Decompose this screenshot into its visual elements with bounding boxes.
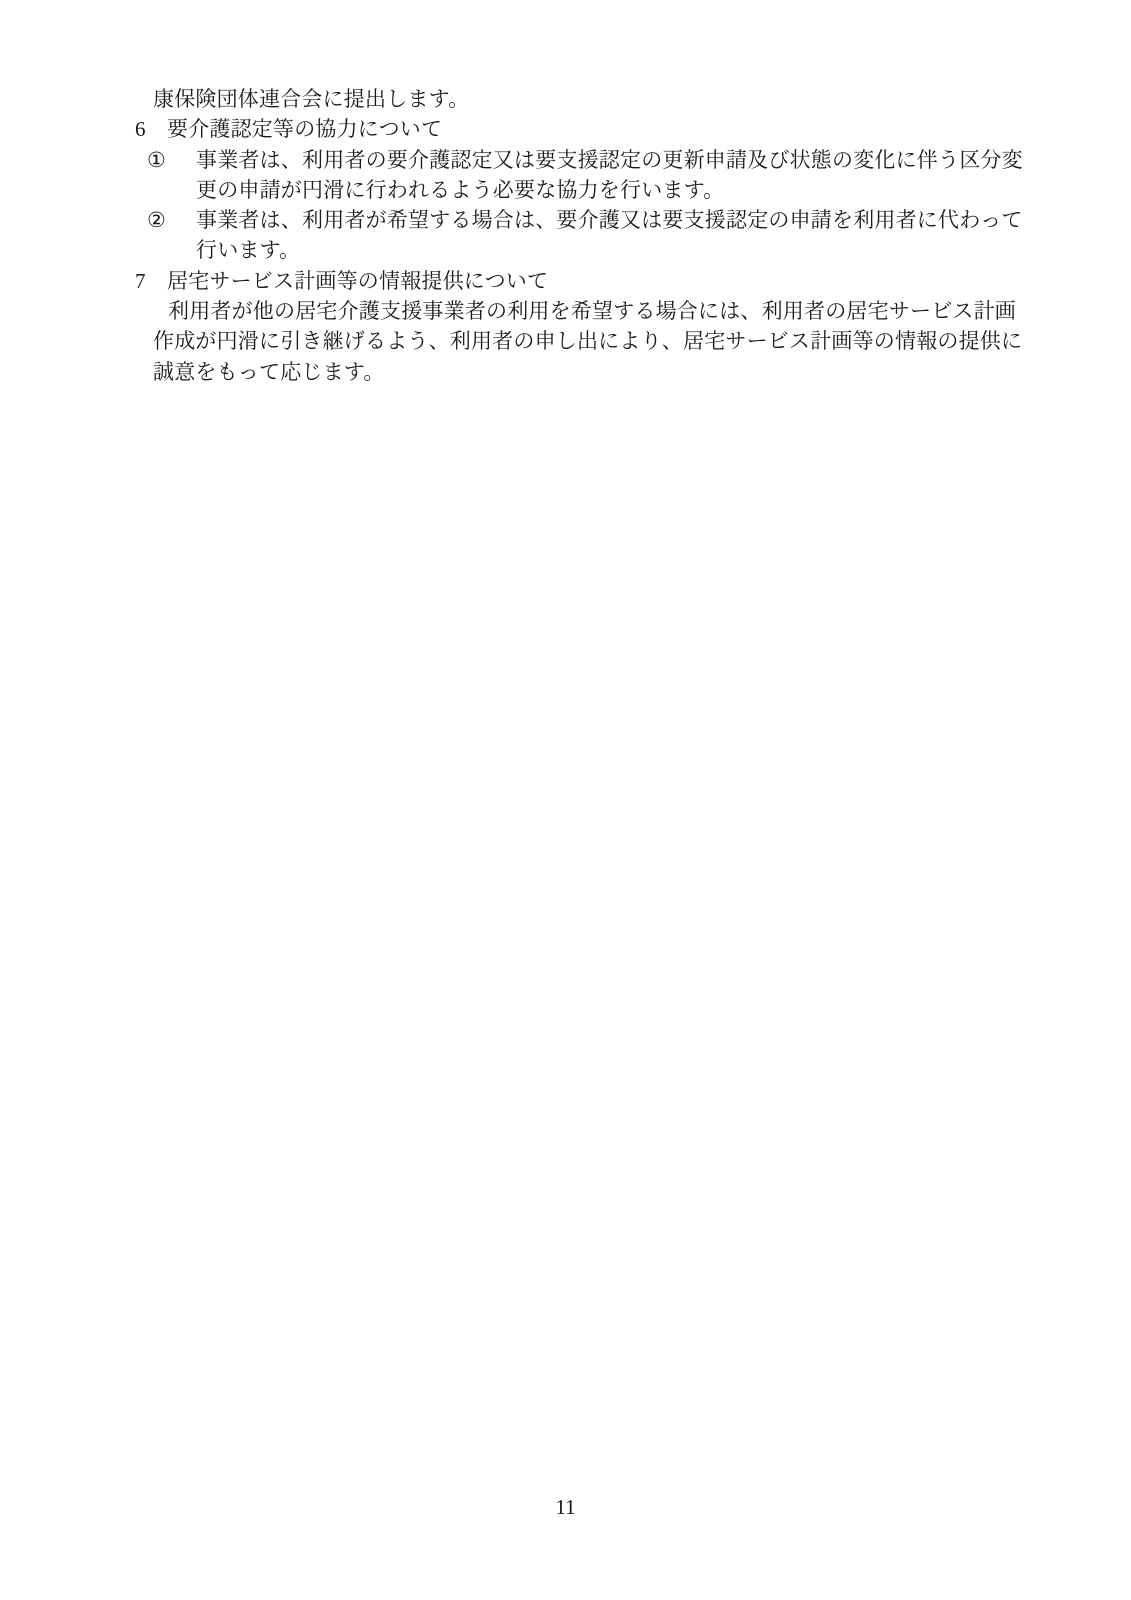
section-6-item-2-line-2: 行います。 xyxy=(196,235,1035,265)
circled-2-marker: ② xyxy=(147,205,166,235)
section-6-item-2-line-1: 事業者は、利用者が希望する場合は、要介護又は要支援認定の申請を利用者に代わって xyxy=(196,205,1035,235)
circled-1-marker: ① xyxy=(147,145,166,175)
section-6-item-2: ② 事業者は、利用者が希望する場合は、要介護又は要支援認定の申請を利用者に代わっ… xyxy=(135,205,1035,266)
section-7-paragraph-line-3: 誠意をもって応じます。 xyxy=(153,357,1035,387)
section-7-number: 7 xyxy=(135,266,167,296)
section-6-item-1: ① 事業者は、利用者の要介護認定又は要支援認定の更新申請及び状態の変化に伴う区分… xyxy=(135,145,1035,206)
page-number: 11 xyxy=(0,1492,1131,1522)
section-6-number: 6 xyxy=(135,114,167,144)
section-7-heading: 7居宅サービス計画等の情報提供について xyxy=(135,266,1035,296)
section-6-heading: 6要介護認定等の協力について xyxy=(135,114,1035,144)
section-6-item-1-line-1: 事業者は、利用者の要介護認定又は要支援認定の更新申請及び状態の変化に伴う区分変 xyxy=(196,145,1035,175)
section-7-title: 居宅サービス計画等の情報提供について xyxy=(167,269,548,293)
section-6: 6要介護認定等の協力について ① 事業者は、利用者の要介護認定又は要支援認定の更… xyxy=(135,114,1035,265)
section-7: 7居宅サービス計画等の情報提供について 利用者が他の居宅介護支援事業者の利用を希… xyxy=(135,266,1035,387)
page-content: 康保険団体連合会に提出します。 6要介護認定等の協力について ① 事業者は、利用… xyxy=(135,84,1035,387)
section-7-paragraph-line-1: 利用者が他の居宅介護支援事業者の利用を希望する場合には、利用者の居宅サービス計画 xyxy=(168,296,1035,326)
section-6-title: 要介護認定等の協力について xyxy=(167,117,442,141)
section-6-item-1-line-2: 更の申請が円滑に行われるよう必要な協力を行います。 xyxy=(196,175,1035,205)
continuation-paragraph-line: 康保険団体連合会に提出します。 xyxy=(153,84,1035,114)
section-7-paragraph: 利用者が他の居宅介護支援事業者の利用を希望する場合には、利用者の居宅サービス計画… xyxy=(135,296,1035,387)
document-page: 康保険団体連合会に提出します。 6要介護認定等の協力について ① 事業者は、利用… xyxy=(0,0,1131,1600)
section-7-paragraph-line-2: 作成が円滑に引き継げるよう、利用者の申し出により、居宅サービス計画等の情報の提供… xyxy=(153,326,1035,356)
